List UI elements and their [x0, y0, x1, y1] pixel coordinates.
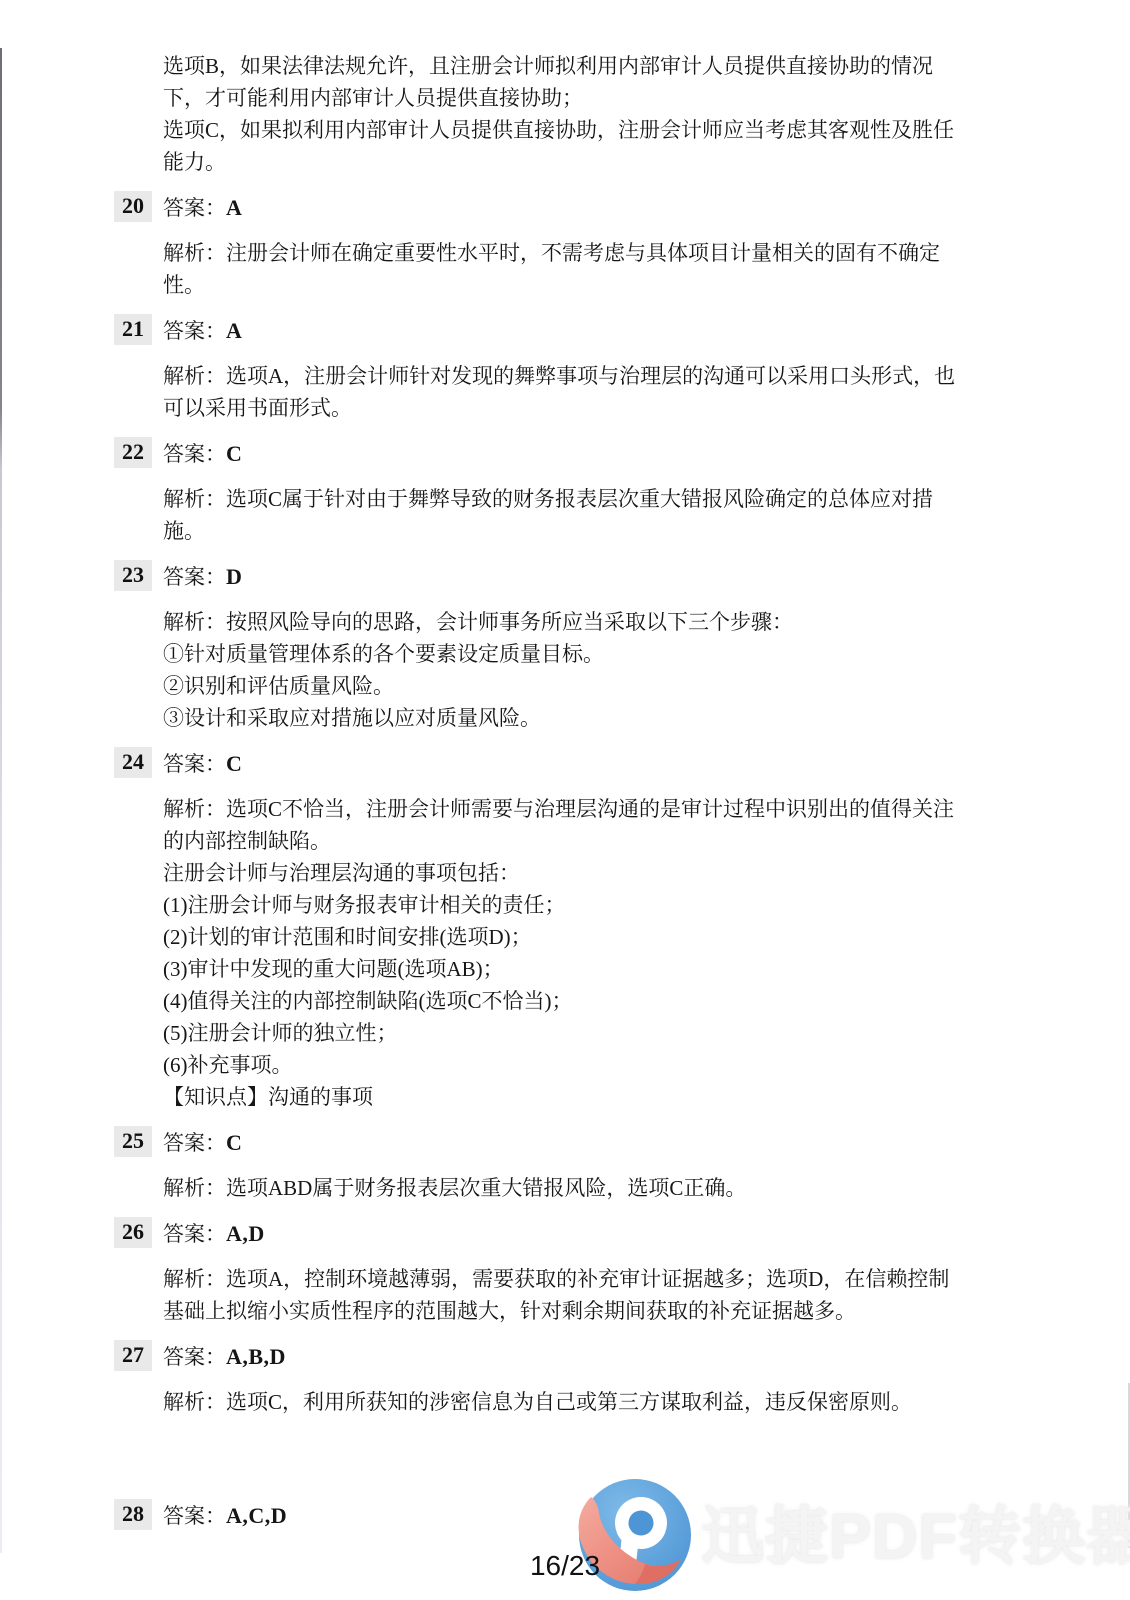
answer-label: 答案： [163, 196, 226, 220]
answer-label: 答案： [163, 752, 226, 776]
answer-value: C [226, 1130, 242, 1155]
analysis-text: 解析：选项C不恰当，注册会计师需要与治理层沟通的是审计过程中识别出的值得关注的内… [163, 793, 969, 1113]
answer-value: C [226, 751, 242, 776]
answer-item-27: 27 答案：A,B,D 解析：选项C，利用所获知的涉密信息为自己或第三方谋取利益… [163, 1341, 969, 1418]
analysis-text: 解析：按照风险导向的思路，会计师事务所应当采取以下三个步骤： ①针对质量管理体系… [163, 606, 969, 734]
question-number-badge: 26 [114, 1217, 152, 1248]
analysis-text: 解析：选项C属于针对由于舞弊导致的财务报表层次重大错报风险确定的总体应对措施。 [163, 483, 969, 547]
answer-value: C [226, 441, 242, 466]
answer-row: 答案：A [163, 192, 969, 224]
answer-value: A,C,D [226, 1503, 287, 1528]
answer-row: 答案：C [163, 438, 969, 470]
answer-value: A [226, 195, 242, 220]
answer-label: 答案： [163, 1222, 226, 1246]
page-number: 16/23 [530, 1550, 600, 1581]
answer-item-23: 23 答案：D 解析：按照风险导向的思路，会计师事务所应当采取以下三个步骤： ①… [163, 561, 969, 734]
answer-label: 答案： [163, 1504, 226, 1528]
answer-item-21: 21 答案：A 解析：选项A，注册会计师针对发现的舞弊事项与治理层的沟通可以采用… [163, 315, 969, 424]
answer-item-20: 20 答案：A 解析：注册会计师在确定重要性水平时，不需考虑与具体项目计量相关的… [163, 192, 969, 301]
question-number-badge: 20 [114, 191, 152, 222]
answer-row: 答案：C [163, 1127, 969, 1159]
answer-sheet-content: 选项B，如果法律法规允许，且注册会计师拟利用内部审计人员提供直接协助的情况下，才… [163, 0, 969, 1545]
answer-row: 答案：A [163, 315, 969, 347]
analysis-text: 解析：选项C，利用所获知的涉密信息为自己或第三方谋取利益，违反保密原则。 [163, 1386, 969, 1418]
analysis-text: 解析：选项A，控制环境越薄弱，需要获取的补充审计证据越多；选项D，在信赖控制基础… [163, 1263, 969, 1327]
answer-value: A [226, 318, 242, 343]
analysis-text: 解析：注册会计师在确定重要性水平时，不需考虑与具体项目计量相关的固有不确定性。 [163, 237, 969, 301]
answer-item-22: 22 答案：C 解析：选项C属于针对由于舞弊导致的财务报表层次重大错报风险确定的… [163, 438, 969, 547]
analysis-text: 解析：选项A，注册会计师针对发现的舞弊事项与治理层的沟通可以采用口头形式，也可以… [163, 360, 969, 424]
answer-value: D [226, 564, 242, 589]
answer-row: 答案：A,B,D [163, 1341, 969, 1373]
page-footer: 16/23 [0, 1550, 1130, 1582]
continuation-paragraph: 选项B，如果法律法规允许，且注册会计师拟利用内部审计人员提供直接协助的情况下，才… [163, 50, 969, 178]
answer-row: 答案：A,C,D [163, 1500, 969, 1532]
analysis-text: 解析：选项ABD属于财务报表层次重大错报风险，选项C正确。 [163, 1172, 969, 1204]
answer-row: 答案：C [163, 748, 969, 780]
question-number-badge: 21 [114, 314, 152, 345]
question-number-badge: 28 [114, 1499, 152, 1530]
answer-value: A,D [226, 1221, 265, 1246]
answer-item-25: 25 答案：C 解析：选项ABD属于财务报表层次重大错报风险，选项C正确。 [163, 1127, 969, 1204]
answer-value: A,B,D [226, 1344, 286, 1369]
scan-edge-line-left [0, 48, 2, 1553]
answer-label: 答案： [163, 319, 226, 343]
answer-label: 答案： [163, 442, 226, 466]
answer-label: 答案： [163, 565, 226, 589]
answer-item-24: 24 答案：C 解析：选项C不恰当，注册会计师需要与治理层沟通的是审计过程中识别… [163, 748, 969, 1113]
answer-label: 答案： [163, 1131, 226, 1155]
pdf-page: 迅捷PDF转换器 选项B，如果法律法规允许，且注册会计师拟利用内部审计人员提供直… [0, 0, 1130, 1600]
question-number-badge: 25 [114, 1126, 152, 1157]
question-number-badge: 24 [114, 747, 152, 778]
question-number-badge: 22 [114, 437, 152, 468]
answer-item-28: 28 答案：A,C,D [163, 1500, 969, 1532]
question-number-badge: 23 [114, 560, 152, 591]
answer-row: 答案：D [163, 561, 969, 593]
question-number-badge: 27 [114, 1340, 152, 1371]
answer-row: 答案：A,D [163, 1218, 969, 1250]
answer-label: 答案： [163, 1345, 226, 1369]
answer-item-26: 26 答案：A,D 解析：选项A，控制环境越薄弱，需要获取的补充审计证据越多；选… [163, 1218, 969, 1327]
